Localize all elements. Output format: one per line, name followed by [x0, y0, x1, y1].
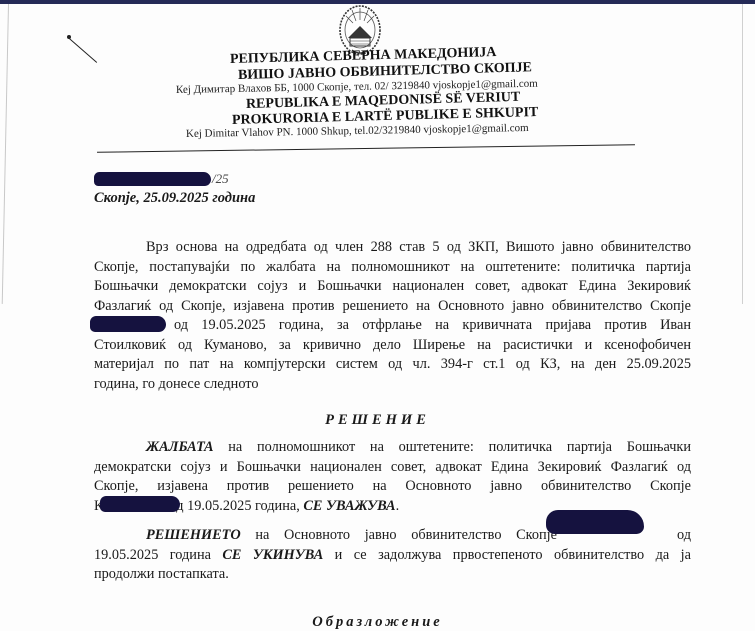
decision-item-2: РЕШЕНИЕТО на Основното јавно обвинителст…	[94, 526, 691, 585]
redacted-reference-3	[546, 510, 644, 534]
intro-line: материјал по пат на компјутерски систем …	[94, 355, 691, 375]
decision-item-1: ЖАЛБАТА на полномошникот на оштетените: …	[94, 438, 691, 516]
place-date: Скопје, 25.09.2025 година	[94, 190, 255, 207]
decision-1-line: демократски сојуз и Бошњачки национален …	[94, 458, 691, 478]
intro-line: година, го донесе следното	[94, 375, 691, 395]
page-edge-left	[2, 4, 9, 304]
pen-mark	[68, 37, 98, 63]
case-number-suffix: /25	[212, 171, 229, 187]
decision-2-line: 19.05.2025 година СЕ УКИНУВА и се задолж…	[94, 546, 691, 566]
decision-2-lead: РЕШЕНИЕТО	[146, 527, 241, 543]
decision-1-line: ЖАЛБАТА на полномошникот на оштетените: …	[94, 438, 691, 458]
redacted-reference-1	[90, 316, 166, 332]
intro-paragraph: Врз основа на одредбата од член 288 став…	[94, 238, 691, 394]
decision-title: РЕШЕНИЕ	[0, 412, 755, 429]
redacted-reference-2	[100, 496, 180, 512]
decision-1-lead: ЖАЛБАТА	[146, 439, 214, 455]
intro-line: Бошњачки демократски сојуз и Бошњачки на…	[94, 277, 691, 297]
intro-line: Фазлагиќ од Скопје, изјавена против реше…	[94, 297, 691, 317]
decision-2-verdict: СЕ УКИНУВА	[222, 547, 323, 563]
reasoning-title: Образложение	[0, 614, 755, 631]
decision-1-verdict: СЕ УВАЖУВА	[303, 498, 395, 514]
intro-line: од 19.05.2025 година, за отфрлање на кри…	[94, 316, 691, 336]
decision-1-line: Скопје, изјавена против решението на Осн…	[94, 477, 691, 497]
page-edge-right	[742, 4, 743, 304]
decision-2-line: продолжи постапката.	[94, 565, 691, 585]
intro-line: Стоилковиќ од Куманово, за кривично дело…	[94, 336, 691, 356]
intro-line: Скопје, постапувајќи по жалбата на полно…	[94, 258, 691, 278]
intro-line: Врз основа на одредбата од член 288 став…	[94, 238, 691, 258]
header-divider	[97, 144, 635, 153]
redacted-case-number	[94, 172, 211, 186]
